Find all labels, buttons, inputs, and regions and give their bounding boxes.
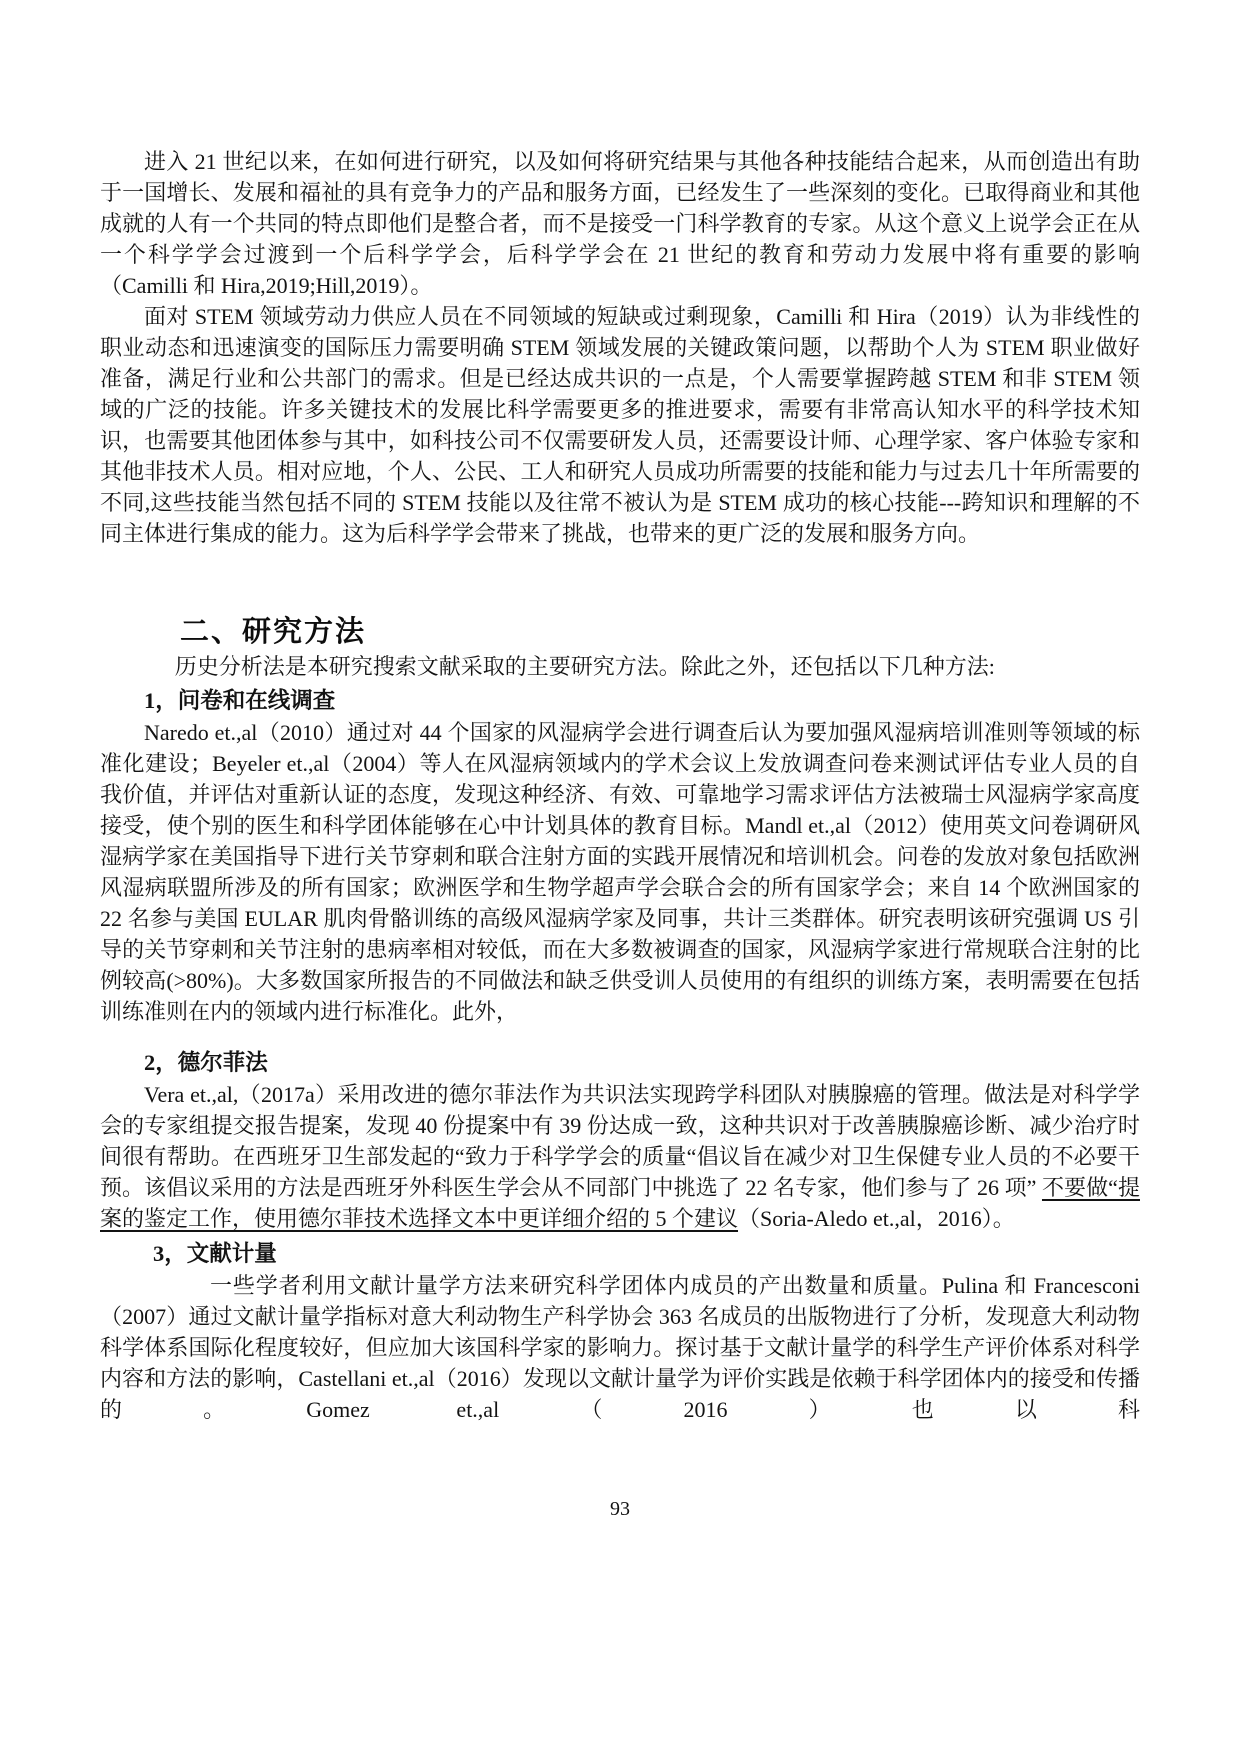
method-2-text-before: Vera et.,al,（2017a）采用改进的德尔菲法作为共识法实现跨学科团队… [100,1082,1140,1200]
document-page: 进入 21 世纪以来，在如何进行研究，以及如何将研究结果与其他各种技能结合起来，… [0,0,1240,1753]
method-3-paragraph: 一些学者利用文献计量学方法来研究科学团体内成员的产出数量和质量。Pulina 和… [100,1270,1140,1425]
method-1-paragraph: Naredo et.,al（2010）通过对 44 个国家的风湿病学会进行调查后… [100,717,1140,1027]
page-content: 进入 21 世纪以来，在如何进行研究，以及如何将研究结果与其他各种技能结合起来，… [100,146,1140,1425]
body-paragraph-2: 面对 STEM 领域劳动力供应人员在不同领域的短缺或过剩现象，Camilli 和… [100,301,1140,549]
page-number: 93 [0,1496,1240,1522]
section-intro: 历史分析法是本研究搜索文献采取的主要研究方法。除此之外，还包括以下几种方法: [100,651,1140,682]
body-paragraph-1: 进入 21 世纪以来，在如何进行研究，以及如何将研究结果与其他各种技能结合起来，… [100,146,1140,301]
section-heading: 二、研究方法 [180,611,1140,651]
method-3-heading: 3，文献计量 [153,1238,1140,1270]
method-1-heading: 1，问卷和在线调查 [144,685,1140,717]
method-2-paragraph: Vera et.,al,（2017a）采用改进的德尔菲法作为共识法实现跨学科团队… [100,1079,1140,1234]
method-2-heading: 2，德尔菲法 [144,1047,1140,1079]
method-2-text-after: （Soria-Aledo et.,al，2016）。 [738,1206,1015,1231]
